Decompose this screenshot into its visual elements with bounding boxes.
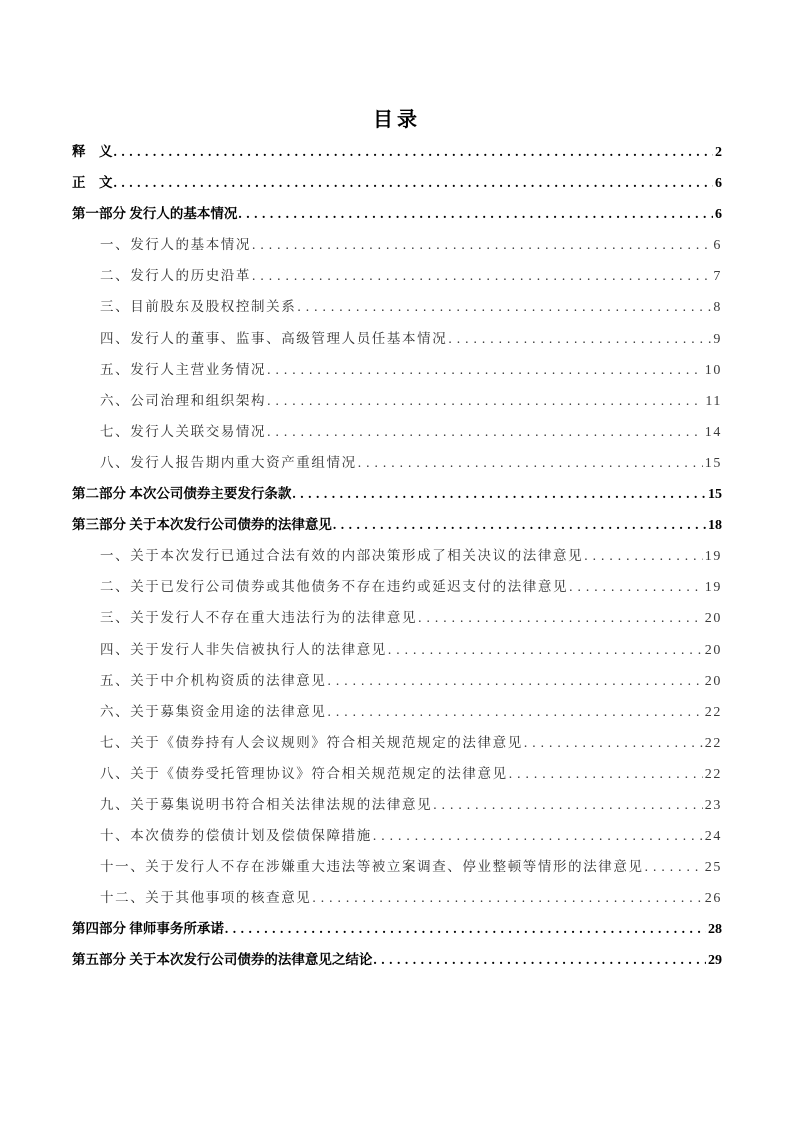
- dot-leader: ........................................…: [225, 921, 706, 937]
- toc-entry-page-number: 6: [711, 238, 722, 254]
- toc-entry-page-number: 22: [703, 736, 722, 752]
- toc-entry: 五、发行人主营业务情况.............................…: [72, 358, 722, 389]
- toc-entry: 十二、关于其他事项的核查意见..........................…: [72, 886, 722, 917]
- toc-entry-label: 第二部分 本次公司债券主要发行条款: [72, 482, 291, 502]
- document-page: 目录 释 义..................................…: [0, 0, 794, 1123]
- toc-entry: 三、关于发行人不存在重大违法行为的法律意见...................…: [72, 606, 722, 637]
- toc-entry-label: 正 文: [72, 171, 113, 191]
- toc-entry-label: 六、公司治理和组织架构: [100, 389, 266, 409]
- toc-entry-page-number: 20: [703, 611, 722, 627]
- toc-entry-label: 四、发行人的董事、监事、高级管理人员任基本情况: [100, 327, 447, 347]
- toc-entry: 正 文.....................................…: [72, 171, 722, 202]
- toc-entry-page-number: 11: [703, 394, 722, 410]
- dot-leader: ........................................…: [114, 175, 714, 191]
- toc-entry-label: 一、发行人的基本情况: [100, 233, 251, 253]
- dot-leader: ........................................…: [433, 797, 703, 813]
- toc-entry-page-number: 23: [703, 798, 722, 814]
- toc-entry: 八、关于《债券受托管理协议》符合相关规范规定的法律意见.............…: [72, 762, 722, 793]
- toc-entry: 第四部分 律师事务所承诺............................…: [72, 917, 722, 948]
- toc-entry-label: 十二、关于其他事项的核查意见: [100, 886, 311, 906]
- toc-entry-label: 第一部分 发行人的基本情况: [72, 202, 237, 222]
- toc-entry-label: 二、关于已发行公司债券或其他债务不存在违约或延迟支付的法律意见: [100, 575, 568, 595]
- dot-leader: ........................................…: [448, 331, 711, 347]
- toc-entry: 三、目前股东及股权控制关系...........................…: [72, 295, 722, 326]
- toc-entry-page-number: 8: [711, 300, 722, 316]
- toc-entry-page-number: 6: [713, 176, 722, 192]
- dot-leader: ........................................…: [328, 673, 703, 689]
- toc-entry-page-number: 19: [703, 580, 722, 596]
- toc-entry: 二、发行人的历史沿革..............................…: [72, 264, 722, 295]
- toc-entry-page-number: 6: [713, 207, 722, 223]
- dot-leader: ........................................…: [388, 642, 703, 658]
- toc-entry-label: 第五部分 关于本次发行公司债券的法律意见之结论: [72, 948, 372, 968]
- dot-leader: ........................................…: [252, 237, 711, 253]
- dot-leader: ........................................…: [267, 393, 703, 409]
- toc-entry-page-number: 15: [703, 456, 722, 472]
- toc-entry: 第五部分 关于本次发行公司债券的法律意见之结论.................…: [72, 948, 722, 979]
- toc-entry: 一、关于本次发行已通过合法有效的内部决策形成了相关决议的法律意见........…: [72, 544, 722, 575]
- toc-entry-page-number: 20: [703, 674, 722, 690]
- dot-leader: ........................................…: [252, 268, 711, 284]
- toc-entry-label: 二、发行人的历史沿革: [100, 264, 251, 284]
- dot-leader: ........................................…: [373, 828, 703, 844]
- toc-entry: 五、关于中介机构资质的法律意见.........................…: [72, 669, 722, 700]
- toc-entry: 四、发行人的董事、监事、高级管理人员任基本情况.................…: [72, 327, 722, 358]
- toc-entry-page-number: 7: [711, 269, 722, 285]
- dot-leader: ........................................…: [312, 890, 702, 906]
- toc-entry-page-number: 25: [703, 860, 722, 876]
- toc-entry-page-number: 2: [713, 145, 722, 161]
- toc-entry: 第二部分 本次公司债券主要发行条款.......................…: [72, 482, 722, 513]
- toc-entry: 第三部分 关于本次发行公司债券的法律意见....................…: [72, 513, 722, 544]
- dot-leader: ........................................…: [114, 144, 714, 160]
- toc-entry: 十一、关于发行人不存在涉嫌重大违法等被立案调查、停业整顿等情形的法律意见....…: [72, 855, 722, 886]
- toc-entry-label: 释 义: [72, 140, 113, 160]
- toc-entry-label: 七、关于《债券持有人会议规则》符合相关规范规定的法律意见: [100, 731, 523, 751]
- dot-leader: ........................................…: [509, 766, 703, 782]
- toc-entry: 七、关于《债券持有人会议规则》符合相关规范规定的法律意见............…: [72, 731, 722, 762]
- toc-entry-label: 六、关于募集资金用途的法律意见: [100, 700, 327, 720]
- toc-entry-page-number: 22: [703, 705, 722, 721]
- toc-entry-page-number: 9: [711, 332, 722, 348]
- toc-entry-page-number: 22: [703, 767, 722, 783]
- dot-leader: ........................................…: [584, 548, 703, 564]
- toc-entry: 十、本次债券的偿债计划及偿债保障措施......................…: [72, 824, 722, 855]
- toc-entry-page-number: 14: [703, 425, 722, 441]
- toc-entry: 四、关于发行人非失信被执行人的法律意见.....................…: [72, 638, 722, 669]
- dot-leader: ........................................…: [358, 455, 703, 471]
- toc-entry-page-number: 19: [703, 549, 722, 565]
- toc-entry-label: 三、目前股东及股权控制关系: [100, 295, 296, 315]
- toc-entry-page-number: 29: [706, 953, 722, 969]
- toc-entry: 一、发行人的基本情况..............................…: [72, 233, 722, 264]
- dot-leader: ........................................…: [645, 859, 703, 875]
- toc-entry-label: 三、关于发行人不存在重大违法行为的法律意见: [100, 606, 417, 626]
- toc-entry-label: 四、关于发行人非失信被执行人的法律意见: [100, 638, 387, 658]
- toc-entry-page-number: 15: [706, 487, 722, 503]
- dot-leader: ........................................…: [292, 486, 706, 502]
- toc-entry-label: 九、关于募集说明书符合相关法律法规的法律意见: [100, 793, 432, 813]
- toc-entry-label: 五、关于中介机构资质的法律意见: [100, 669, 327, 689]
- toc-entry-label: 五、发行人主营业务情况: [100, 358, 266, 378]
- toc-entry-page-number: 18: [706, 518, 722, 534]
- toc-entry: 第一部分 发行人的基本情况...........................…: [72, 202, 722, 233]
- page-title: 目录: [72, 103, 722, 132]
- dot-leader: ........................................…: [238, 206, 713, 222]
- dot-leader: ........................................…: [328, 704, 703, 720]
- dot-leader: ........................................…: [267, 362, 703, 378]
- toc-entry-page-number: 20: [703, 643, 722, 659]
- toc-entry: 八、发行人报告期内重大资产重组情况.......................…: [72, 451, 722, 482]
- toc-entry-label: 第三部分 关于本次发行公司债券的法律意见: [72, 513, 332, 533]
- dot-leader: ........................................…: [267, 424, 703, 440]
- toc-entry-label: 一、关于本次发行已通过合法有效的内部决策形成了相关决议的法律意见: [100, 544, 583, 564]
- toc-entry-page-number: 24: [703, 829, 722, 845]
- toc-entry: 二、关于已发行公司债券或其他债务不存在违约或延迟支付的法律意见.........…: [72, 575, 722, 606]
- toc-entry-label: 七、发行人关联交易情况: [100, 420, 266, 440]
- dot-leader: ........................................…: [524, 735, 703, 751]
- table-of-contents: 释 义.....................................…: [72, 140, 722, 980]
- toc-entry-label: 第四部分 律师事务所承诺: [72, 917, 224, 937]
- toc-entry: 释 义.....................................…: [72, 140, 722, 171]
- toc-entry: 六、公司治理和组织架构.............................…: [72, 389, 722, 420]
- toc-entry: 九、关于募集说明书符合相关法律法规的法律意见..................…: [72, 793, 722, 824]
- dot-leader: ........................................…: [297, 299, 711, 315]
- dot-leader: ........................................…: [418, 610, 703, 626]
- dot-leader: ........................................…: [333, 517, 706, 533]
- toc-entry-page-number: 28: [706, 922, 722, 938]
- toc-entry: 七、发行人关联交易情况.............................…: [72, 420, 722, 451]
- toc-entry-page-number: 10: [703, 363, 722, 379]
- dot-leader: ........................................…: [569, 579, 703, 595]
- toc-entry-label: 十一、关于发行人不存在涉嫌重大违法等被立案调查、停业整顿等情形的法律意见: [100, 855, 644, 875]
- toc-entry-label: 十、本次债券的偿债计划及偿债保障措施: [100, 824, 372, 844]
- dot-leader: ........................................…: [373, 952, 706, 968]
- toc-entry-label: 八、关于《债券受托管理协议》符合相关规范规定的法律意见: [100, 762, 508, 782]
- toc-entry-page-number: 26: [703, 891, 722, 907]
- toc-entry: 六、关于募集资金用途的法律意见.........................…: [72, 700, 722, 731]
- toc-entry-label: 八、发行人报告期内重大资产重组情况: [100, 451, 357, 471]
